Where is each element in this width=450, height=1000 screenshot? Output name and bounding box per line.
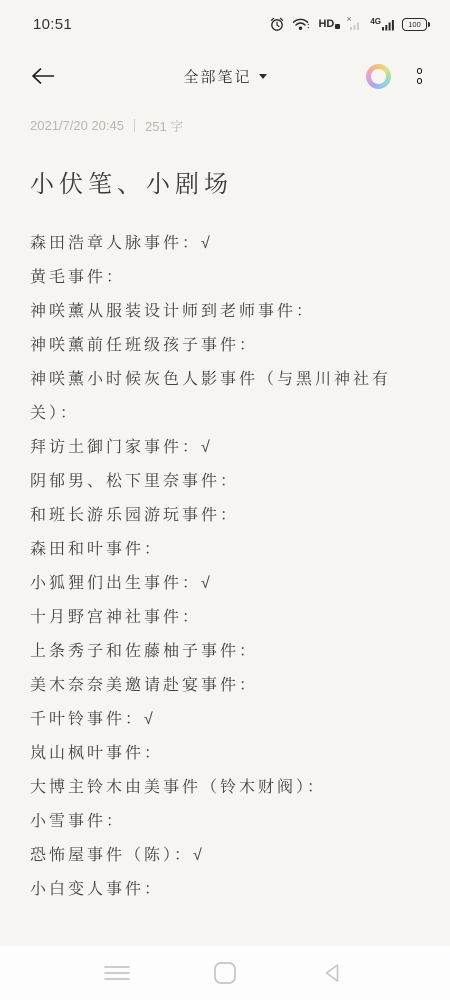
note-line[interactable]: 森田浩章人脉事件：√ <box>30 227 400 261</box>
chevron-down-icon <box>259 74 267 79</box>
note-line[interactable]: 和班长游乐园游玩事件： <box>30 499 400 533</box>
note-line[interactable]: 神咲薰小时候灰色人影事件（与黑川神社有关）： <box>30 363 400 431</box>
system-navigation-bar <box>0 946 450 1000</box>
note-line[interactable]: 恐怖屋事件（陈）：√ <box>30 839 400 873</box>
note-line[interactable]: 小白变人事件： <box>30 873 400 907</box>
note-line[interactable]: 小狐狸们出生事件：√ <box>30 567 400 601</box>
note-meta: 2021/7/20 20:45 251 字 <box>30 116 420 135</box>
note-line[interactable]: 神咲薰从服装设计师到老师事件： <box>30 295 400 329</box>
wifi-icon <box>292 17 311 32</box>
home-icon[interactable] <box>208 956 242 990</box>
recents-icon[interactable] <box>100 956 134 990</box>
note-line[interactable]: 森田和叶事件： <box>30 533 400 567</box>
meta-divider <box>134 119 135 132</box>
battery-icon: 100 <box>402 18 430 31</box>
nav-bar: 全部笔记 <box>0 52 450 100</box>
alarm-icon <box>269 16 285 32</box>
more-options-icon[interactable] <box>415 66 425 86</box>
note-title[interactable]: 小伏笔、小剧场 <box>30 169 420 201</box>
status-icons: HD × 4G 100 <box>269 16 430 32</box>
note-line[interactable]: 阴郁男、松下里奈事件： <box>30 465 400 499</box>
note-line[interactable]: 上条秀子和佐藤柚子事件： <box>30 635 400 669</box>
clock-time: 10:51 <box>33 16 72 33</box>
note-line[interactable]: 小雪事件： <box>30 805 400 839</box>
note-line[interactable]: 美木奈奈美邀请赴宴事件： <box>30 669 400 703</box>
notebook-selector[interactable]: 全部笔记 <box>183 66 266 87</box>
note-line[interactable]: 拜访土御门家事件：√ <box>30 431 400 465</box>
back-arrow-icon[interactable] <box>30 66 55 86</box>
battery-level: 100 <box>408 20 421 29</box>
sim1-signal-icon: × <box>347 17 363 31</box>
note-line[interactable]: 黄毛事件： <box>30 261 400 295</box>
4g-signal-icon: 4G <box>370 17 395 31</box>
app-screen: { "colors": { "background": "#f6f5f2", "… <box>0 0 450 1000</box>
note-line[interactable]: 大博主铃木由美事件（铃木财阀）： <box>30 771 400 805</box>
note-line[interactable]: 十月野宫神社事件： <box>30 601 400 635</box>
note-line[interactable]: 岚山枫叶事件： <box>30 737 400 771</box>
hd-volte-icon: HD <box>318 19 340 30</box>
theme-ring-icon[interactable] <box>366 64 391 89</box>
status-bar: 10:51 HD × <box>0 0 450 40</box>
back-icon[interactable] <box>316 956 350 990</box>
note-line[interactable]: 千叶铃事件：√ <box>30 703 400 737</box>
note-word-count: 251 字 <box>145 116 183 135</box>
note-date: 2021/7/20 20:45 <box>30 118 124 133</box>
notebook-title: 全部笔记 <box>183 66 251 87</box>
note-body[interactable]: 森田浩章人脉事件：√黄毛事件：神咲薰从服装设计师到老师事件：神咲薰前任班级孩子事… <box>30 227 400 907</box>
note-line[interactable]: 神咲薰前任班级孩子事件： <box>30 329 400 363</box>
